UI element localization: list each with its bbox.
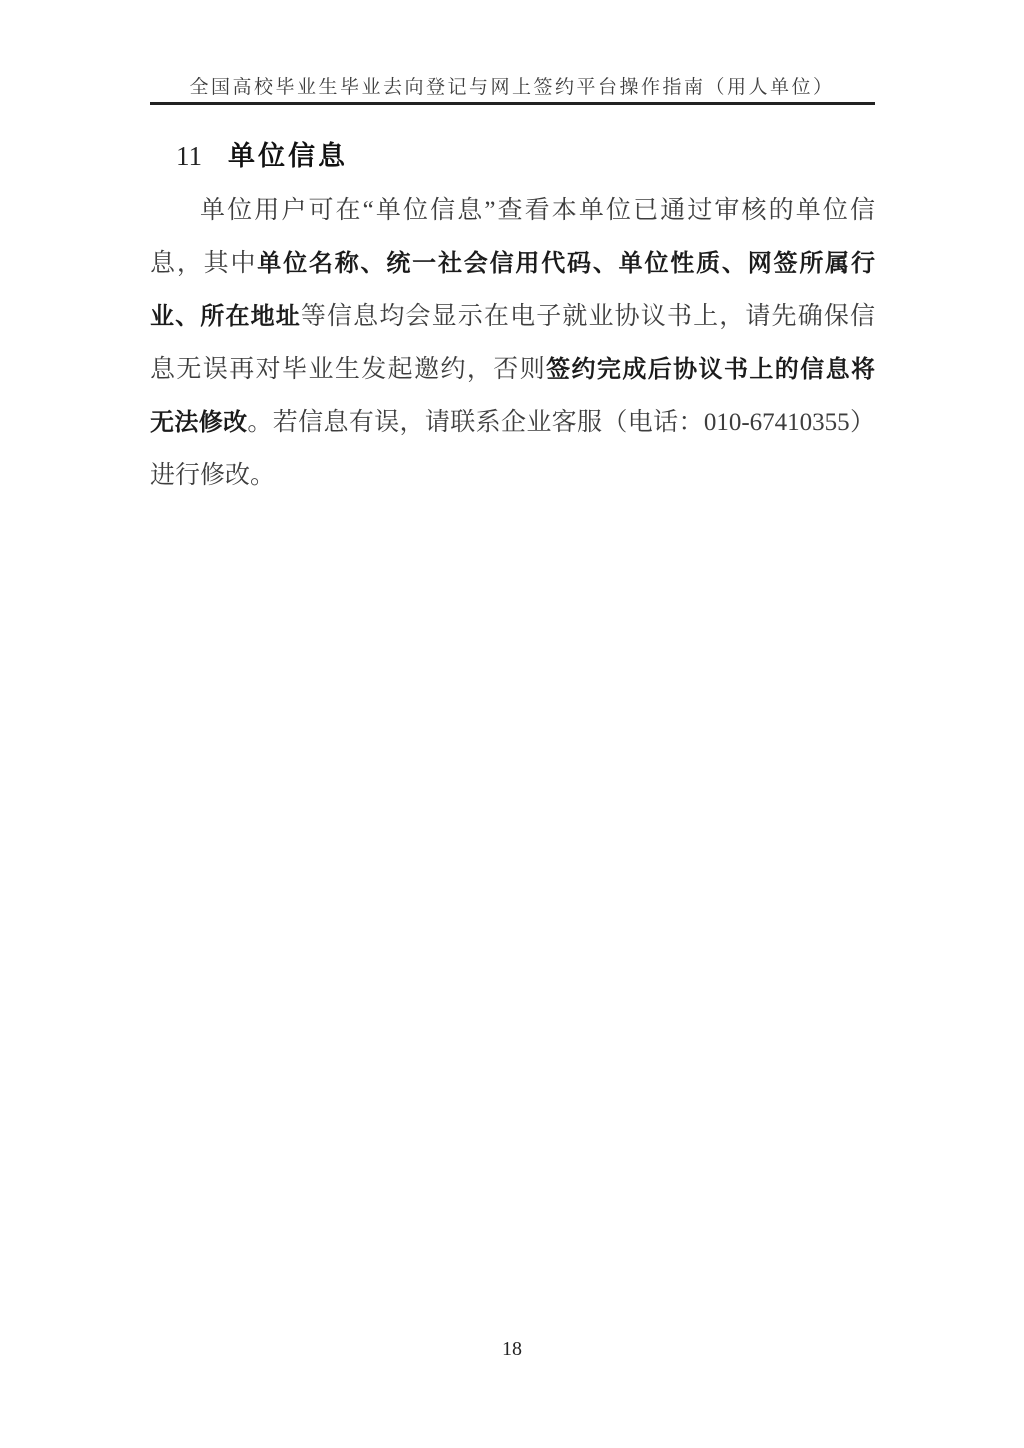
paragraph-line: 息，其中单位名称、统一社会信用代码、单位性质、网签所属行 (150, 237, 875, 290)
header-divider-rule (150, 102, 875, 105)
paragraph-line: 息无误再对毕业生发起邀约，否则签约完成后协议书上的信息将 (150, 343, 875, 396)
text-run: 息，其中 (150, 250, 257, 277)
section-heading: 11 单位信息 (176, 134, 348, 173)
paragraph-line: 进行修改。 (150, 449, 875, 502)
bold-text-run: 签约完成后协议书上的信息将 (546, 356, 875, 383)
page-number: 18 (0, 1338, 1024, 1361)
page-header-title: 全国高校毕业生毕业去向登记与网上签约平台操作指南（用人单位） (0, 72, 1024, 99)
text-run: 单位用户可在“单位信息”查看本单位已通过审核的单位信 (200, 197, 875, 224)
paragraph-line: 无法修改。若信息有误，请联系企业客服（电话：010-67410355） (150, 396, 875, 449)
text-run: 息无误再对毕业生发起邀约，否则 (150, 356, 546, 383)
section-number: 11 (176, 141, 202, 172)
section-title: 单位信息 (228, 134, 348, 173)
text-run: 。若信息有误，请联系企业客服（电话：010-67410355） (247, 409, 875, 436)
document-page: 全国高校毕业生毕业去向登记与网上签约平台操作指南（用人单位） 11 单位信息 单… (0, 0, 1024, 1448)
bold-text-run: 单位名称、统一社会信用代码、单位性质、网签所属行 (257, 250, 875, 277)
bold-text-run: 业、所在地址 (150, 303, 301, 330)
paragraph: 单位用户可在“单位信息”查看本单位已通过审核的单位信息，其中单位名称、统一社会信… (150, 184, 875, 502)
paragraph-line: 单位用户可在“单位信息”查看本单位已通过审核的单位信 (150, 184, 875, 237)
bold-text-run: 无法修改 (150, 409, 247, 436)
text-run: 进行修改。 (150, 462, 275, 489)
text-run: 等信息均会显示在电子就业协议书上，请先确保信 (301, 303, 875, 330)
paragraph-line: 业、所在地址等信息均会显示在电子就业协议书上，请先确保信 (150, 290, 875, 343)
